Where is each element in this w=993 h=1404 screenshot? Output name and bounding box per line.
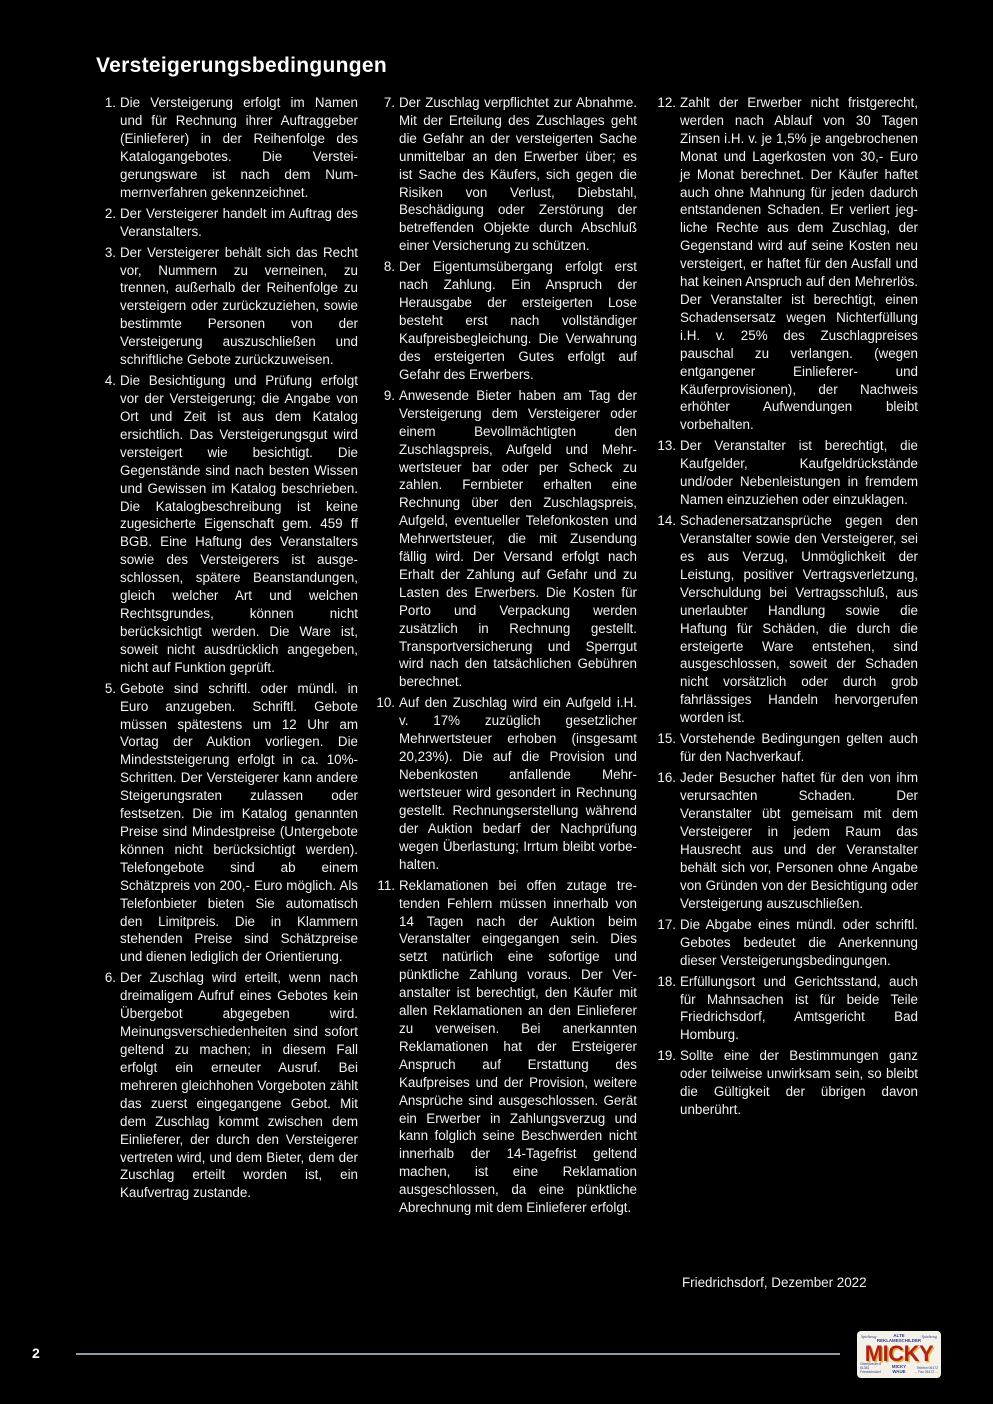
term-item: 18.Erfüllungsort und Gerichtsstand, auch… xyxy=(656,973,918,1045)
term-text: Die Versteigerung erfolgt im Namen und f… xyxy=(120,95,358,200)
term-number: 5. xyxy=(96,680,116,698)
term-item: 3.Der Versteigerer behält sich das Recht… xyxy=(96,244,358,369)
term-text: Der Versteigerer handelt im Auftrag des … xyxy=(120,206,358,239)
term-text: Zahlt der Erwerber nicht fristge­recht, … xyxy=(680,95,918,432)
term-number: 13. xyxy=(656,437,676,455)
term-text: Der Eigentumsübergang erfolgt erst nach … xyxy=(399,259,637,381)
term-text: Die Besichtigung und Prüfung erfolgt vor… xyxy=(120,373,358,675)
term-number: 7. xyxy=(375,94,395,112)
term-text: Jeder Besucher haftet für den von ihm ve… xyxy=(680,770,918,910)
term-number: 19. xyxy=(656,1047,676,1065)
terms-list: 12.Zahlt der Erwerber nicht fristge­rech… xyxy=(656,94,918,1119)
micky-logo: Spielzeug Spielzeug ALTE REKLAMESCHILDER… xyxy=(857,1331,941,1378)
term-number: 8. xyxy=(375,258,395,276)
term-item: 4.Die Besichtigung und Prüfung erfolgt v… xyxy=(96,372,358,676)
term-number: 6. xyxy=(96,969,116,987)
page-title: Versteigerungsbedingungen xyxy=(96,54,387,78)
logo-foot-right: Telefon 06172 ... Fax 06172 ... xyxy=(914,1366,938,1374)
term-text: Auf den Zuschlag wird ein Aufgeld i.H. v… xyxy=(399,695,637,871)
term-item: 1.Die Versteigerung erfolgt im Namen und… xyxy=(96,94,358,201)
term-text: Anwesende Bieter haben am Tag der Verste… xyxy=(399,388,637,690)
term-item: 14.Schadenersatzansprüche gegen den Vera… xyxy=(656,512,918,727)
term-item: 19.Sollte eine der Bestimmungen ganz ode… xyxy=(656,1047,918,1119)
terms-column-2: 7.Der Zuschlag verpflichtet zur Abnahme.… xyxy=(375,94,637,1220)
term-item: 10.Auf den Zuschlag wird ein Aufgeld i.H… xyxy=(375,694,637,873)
terms-list: 7.Der Zuschlag verpflichtet zur Abnahme.… xyxy=(375,94,637,1217)
place-date-signoff: Friedrichsdorf, Dezember 2022 xyxy=(682,1275,867,1290)
term-number: 11. xyxy=(375,877,395,895)
term-number: 12. xyxy=(656,94,676,112)
page-number: 2 xyxy=(32,1345,40,1361)
term-text: Der Zuschlag wird erteilt, wenn nach dre… xyxy=(120,970,358,1200)
term-text: Sollte eine der Bestimmungen ganz oder t… xyxy=(680,1048,918,1117)
term-number: 3. xyxy=(96,244,116,262)
logo-brand: MICKY xyxy=(857,1343,941,1364)
term-number: 4. xyxy=(96,372,116,390)
term-text: Gebote sind schriftl. oder mündl. in Eur… xyxy=(120,681,358,965)
logo-corner-right: Spielzeug xyxy=(922,1334,937,1339)
term-number: 17. xyxy=(656,916,676,934)
term-item: 5.Gebote sind schriftl. oder mündl. in E… xyxy=(96,680,358,967)
term-item: 8.Der Eigentumsübergang erfolgt erst nac… xyxy=(375,258,637,383)
logo-corner-left: Spielzeug xyxy=(861,1334,876,1339)
terms-column-1: 1.Die Versteigerung erfolgt im Namen und… xyxy=(96,94,358,1205)
term-item: 9.Anwesende Bieter haben am Tag der Vers… xyxy=(375,387,637,691)
footer-divider xyxy=(76,1353,840,1355)
term-number: 10. xyxy=(375,694,395,712)
term-item: 15.Vorstehende Bedingungen gelten auch f… xyxy=(656,730,918,766)
term-number: 15. xyxy=(656,730,676,748)
terms-list: 1.Die Versteigerung erfolgt im Namen und… xyxy=(96,94,358,1202)
term-number: 18. xyxy=(656,973,676,991)
term-number: 16. xyxy=(656,769,676,787)
term-text: Reklamationen bei offen zutage tre­tende… xyxy=(399,878,637,1215)
term-number: 14. xyxy=(656,512,676,530)
term-item: 12.Zahlt der Erwerber nicht fristge­rech… xyxy=(656,94,918,434)
term-text: Erfüllungsort und Gerichtsstand, auch fü… xyxy=(680,974,918,1043)
term-number: 2. xyxy=(96,205,116,223)
term-item: 11.Reklamationen bei offen zutage tre­te… xyxy=(375,877,637,1217)
term-item: 7.Der Zuschlag verpflichtet zur Abnahme.… xyxy=(375,94,637,255)
term-text: Der Zuschlag verpflichtet zur Abnahme. M… xyxy=(399,95,637,253)
term-item: 2.Der Versteigerer handelt im Auftrag de… xyxy=(96,205,358,241)
term-item: 13.Der Veranstalter ist berechtigt, die … xyxy=(656,437,918,509)
term-item: 6.Der Zuschlag wird erteilt, wenn nach d… xyxy=(96,969,358,1202)
term-text: Die Abgabe eines mündl. oder schriftl. G… xyxy=(680,917,918,968)
term-number: 9. xyxy=(375,387,395,405)
term-text: Vorstehende Bedingungen gelten auch für … xyxy=(680,731,918,764)
term-item: 16.Jeder Besucher haftet für den von ihm… xyxy=(656,769,918,912)
term-item: 17.Die Abgabe eines mündl. oder schriftl… xyxy=(656,916,918,970)
term-text: Der Versteigerer behält sich das Recht v… xyxy=(120,245,358,367)
term-number: 1. xyxy=(96,94,116,112)
term-text: Schadenersatzansprüche gegen den Veranst… xyxy=(680,513,918,725)
terms-column-3: 12.Zahlt der Erwerber nicht fristge­rech… xyxy=(656,94,918,1122)
term-text: Der Veranstalter ist berechtigt, die Kau… xyxy=(680,438,918,507)
logo-foot-left: Oberlyzeum 8 61381 Friedrichsdorf xyxy=(860,1362,884,1374)
